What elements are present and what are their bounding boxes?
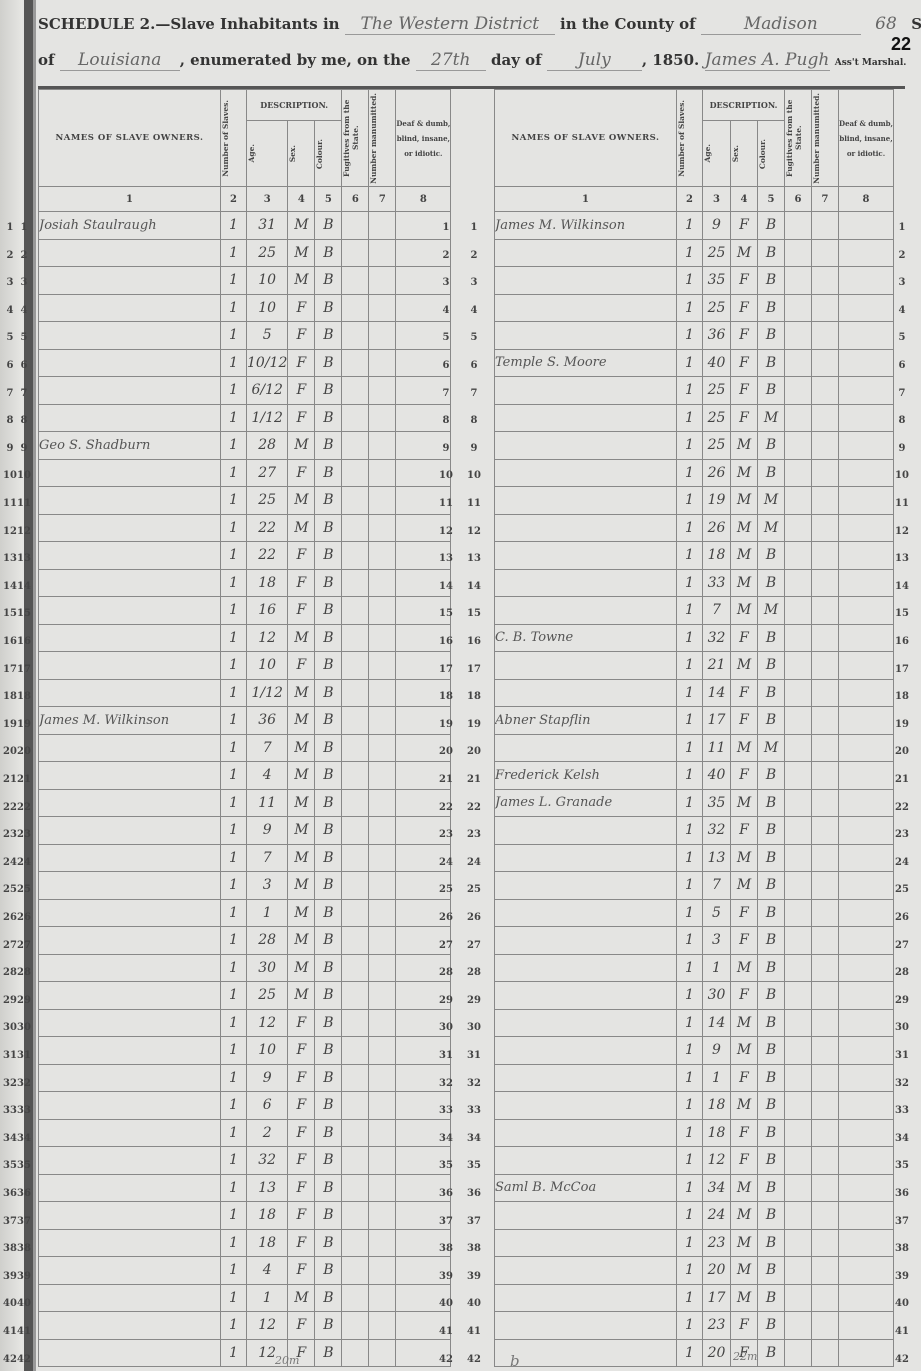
table-row: 118MB — [495, 1092, 894, 1120]
sex-cell: M — [288, 954, 315, 982]
colour-cell: B — [758, 872, 785, 900]
age-cell: 25 — [703, 239, 731, 267]
table-row: 125MB — [39, 487, 451, 515]
column-number: 1 — [495, 187, 677, 212]
table-row: 130MB — [39, 954, 451, 982]
table-row: 125MB — [39, 982, 451, 1010]
manumitted-cell — [369, 569, 396, 597]
sex-cell: M — [731, 239, 758, 267]
age-cell: 7 — [703, 872, 731, 900]
age-cell: 1/12 — [247, 679, 288, 707]
line-number: 13 — [436, 553, 456, 564]
colour-cell: B — [315, 487, 342, 515]
sex-cell: M — [288, 872, 315, 900]
line-number: 40 — [892, 1298, 912, 1309]
line-number: 17 — [436, 664, 456, 675]
table-row: 135FB — [495, 267, 894, 295]
table-row: 17MB — [495, 872, 894, 900]
sex-cell: M — [288, 624, 315, 652]
owner-name-cell — [39, 1229, 221, 1257]
number-cell: 1 — [677, 789, 703, 817]
sex-cell: M — [288, 487, 315, 515]
table-row: 11/12FB — [39, 404, 451, 432]
line-number: 17 — [14, 664, 34, 675]
line-number: 4 — [464, 305, 484, 316]
colour-cell: B — [758, 982, 785, 1010]
table-row: Temple S. Moore140FB — [495, 349, 894, 377]
manumitted-cell — [812, 1174, 839, 1202]
table-row: 118FB — [39, 1229, 451, 1257]
number-cell: 1 — [221, 1037, 247, 1065]
line-number: 2 — [436, 250, 456, 261]
manumitted-cell — [369, 1312, 396, 1340]
fugitives-cell — [342, 872, 369, 900]
owner-name-cell — [495, 844, 677, 872]
fugitives-cell — [785, 927, 812, 955]
owner-name-cell — [39, 1092, 221, 1120]
table-row: 113FB — [39, 1174, 451, 1202]
table-row: 12FB — [39, 1119, 451, 1147]
manumitted-cell — [369, 459, 396, 487]
table-row: 16FB — [39, 1092, 451, 1120]
colour-cell: B — [758, 377, 785, 405]
county-annotation: 68 — [866, 14, 906, 34]
line-number: 39 — [892, 1271, 912, 1282]
manumitted-cell — [812, 1257, 839, 1285]
sex-cell: F — [288, 1174, 315, 1202]
colour-cell: B — [758, 239, 785, 267]
colour-cell: B — [315, 1174, 342, 1202]
fugitives-cell — [342, 1202, 369, 1230]
sex-cell: F — [288, 1257, 315, 1285]
table-row: 16/12FB — [39, 377, 451, 405]
line-number: 37 — [436, 1216, 456, 1227]
table-row: 125FB — [495, 377, 894, 405]
deaf-cell — [839, 542, 894, 570]
colour-cell: B — [758, 542, 785, 570]
colour-cell: M — [758, 514, 785, 542]
fugitives-cell — [342, 1009, 369, 1037]
line-number: 41 — [436, 1326, 456, 1337]
sex-cell: F — [288, 404, 315, 432]
deaf-cell — [839, 982, 894, 1010]
colour-cell: B — [758, 1037, 785, 1065]
age-cell: 30 — [703, 982, 731, 1010]
left-footer-note: 20m — [275, 1354, 299, 1367]
sex-cell: M — [731, 1284, 758, 1312]
line-number: 12 — [892, 526, 912, 537]
line-number: 30 — [464, 1022, 484, 1033]
line-number: 2 — [464, 250, 484, 261]
line-number: 21 — [464, 774, 484, 785]
table-row: 112FB — [39, 1339, 451, 1367]
manumitted-cell — [812, 377, 839, 405]
table-row: James M. Wilkinson136MB — [39, 707, 451, 735]
number-cell: 1 — [677, 1257, 703, 1285]
line-number: 17 — [892, 664, 912, 675]
owner-name-cell — [39, 844, 221, 872]
marshal-label: Ass't Marshal. — [835, 58, 907, 68]
col-colour-header: Colour. — [315, 139, 324, 169]
table-row: 13MB — [39, 872, 451, 900]
owner-name-cell — [495, 569, 677, 597]
number-cell: 1 — [677, 487, 703, 515]
owner-name-cell — [39, 239, 221, 267]
fugitives-cell — [342, 1174, 369, 1202]
sex-cell: F — [288, 1229, 315, 1257]
owner-name-cell — [39, 514, 221, 542]
table-row: 17MB — [39, 844, 451, 872]
table-row: 119MM — [495, 487, 894, 515]
number-cell: 1 — [677, 1339, 703, 1367]
sex-cell: F — [288, 377, 315, 405]
header-line-1: SCHEDULE 2.—Slave Inhabitants in The Wes… — [38, 14, 921, 35]
sex-cell: F — [288, 1312, 315, 1340]
number-cell: 1 — [677, 239, 703, 267]
fugitives-cell — [342, 432, 369, 460]
line-number: 5 — [464, 332, 484, 343]
owner-name-cell: Geo S. Shadburn — [39, 432, 221, 460]
sex-cell: F — [288, 652, 315, 680]
fugitives-cell — [785, 597, 812, 625]
number-cell: 1 — [221, 404, 247, 432]
line-number: 21 — [14, 774, 34, 785]
line-number: 3 — [892, 277, 912, 288]
sex-cell: M — [288, 817, 315, 845]
line-number: 19 — [14, 719, 34, 730]
age-cell: 3 — [703, 927, 731, 955]
line-number: 10 — [892, 470, 912, 481]
age-cell: 12 — [247, 1312, 288, 1340]
manumitted-cell — [369, 817, 396, 845]
fugitives-cell — [785, 432, 812, 460]
fugitives-cell — [342, 597, 369, 625]
line-number: 40 — [464, 1298, 484, 1309]
table-row: Josiah Staulraugh131MB — [39, 212, 451, 240]
table-row: 116FB — [39, 597, 451, 625]
table-row: 125FM — [495, 404, 894, 432]
line-number: 38 — [14, 1243, 34, 1254]
fugitives-cell — [785, 652, 812, 680]
manumitted-cell — [812, 1339, 839, 1367]
sex-cell: M — [288, 789, 315, 817]
table-row: 128MB — [39, 927, 451, 955]
owner-name-cell — [39, 1147, 221, 1175]
number-cell: 1 — [221, 239, 247, 267]
line-number: 28 — [464, 967, 484, 978]
page-number: 22 — [891, 34, 911, 55]
table-row: 132FB — [495, 817, 894, 845]
fugitives-cell — [785, 569, 812, 597]
deaf-cell — [839, 432, 894, 460]
line-number: 5 — [892, 332, 912, 343]
line-number: 22 — [436, 802, 456, 813]
district-field: The Western District — [345, 14, 555, 35]
owner-name-cell — [495, 1119, 677, 1147]
sex-cell: F — [288, 1092, 315, 1120]
owner-name-cell — [39, 872, 221, 900]
table-row: 111MB — [39, 789, 451, 817]
line-number: 16 — [436, 636, 456, 647]
number-cell: 1 — [677, 597, 703, 625]
line-number: 7 — [892, 388, 912, 399]
manumitted-cell — [812, 487, 839, 515]
line-number: 5 — [436, 332, 456, 343]
number-cell: 1 — [221, 1312, 247, 1340]
fugitives-cell — [342, 1312, 369, 1340]
manumitted-cell — [369, 514, 396, 542]
colour-cell: B — [315, 459, 342, 487]
manumitted-cell — [369, 322, 396, 350]
colour-cell: B — [315, 542, 342, 570]
manumitted-cell — [812, 1119, 839, 1147]
fugitives-cell — [342, 624, 369, 652]
column-number: 8 — [396, 187, 451, 212]
line-number: 14 — [892, 581, 912, 592]
owner-name-cell — [39, 294, 221, 322]
table-row: 14FB — [39, 1257, 451, 1285]
fugitives-cell — [342, 734, 369, 762]
fugitives-cell — [785, 1229, 812, 1257]
sex-cell: F — [288, 542, 315, 570]
number-cell: 1 — [221, 1229, 247, 1257]
colour-cell: B — [315, 377, 342, 405]
number-cell: 1 — [221, 1284, 247, 1312]
table-row: 19FB — [39, 1064, 451, 1092]
colour-cell: B — [758, 1119, 785, 1147]
deaf-cell — [839, 1037, 894, 1065]
owner-name-cell — [39, 404, 221, 432]
owner-name-cell — [495, 899, 677, 927]
owner-name-cell — [495, 1037, 677, 1065]
colour-cell: B — [758, 349, 785, 377]
number-cell: 1 — [677, 1037, 703, 1065]
age-cell: 11 — [247, 789, 288, 817]
sex-cell: M — [288, 899, 315, 927]
fugitives-cell — [785, 707, 812, 735]
line-number: 12 — [436, 526, 456, 537]
line-number: 41 — [892, 1326, 912, 1337]
colour-cell: B — [758, 1064, 785, 1092]
line-number: 21 — [436, 774, 456, 785]
owner-name-cell — [39, 817, 221, 845]
number-cell: 1 — [677, 872, 703, 900]
line-number: 33 — [892, 1105, 912, 1116]
sex-cell: M — [288, 432, 315, 460]
number-cell: 1 — [677, 1064, 703, 1092]
owner-name-cell: C. B. Towne — [495, 624, 677, 652]
deaf-cell — [839, 872, 894, 900]
fugitives-cell — [342, 239, 369, 267]
number-cell: 1 — [677, 212, 703, 240]
line-number: 28 — [436, 967, 456, 978]
colour-cell: B — [315, 734, 342, 762]
line-number: 10 — [436, 470, 456, 481]
owner-name-cell — [495, 404, 677, 432]
colour-cell: B — [315, 1009, 342, 1037]
owner-name-cell — [39, 569, 221, 597]
manumitted-cell — [812, 267, 839, 295]
owner-name-cell — [495, 432, 677, 460]
colour-cell: B — [758, 762, 785, 790]
sex-cell: F — [288, 1064, 315, 1092]
deaf-cell — [839, 1312, 894, 1340]
col-deaf-header: Deaf & dumb, blind, insane, or idiotic. — [396, 90, 451, 187]
line-number: 11 — [464, 498, 484, 509]
number-cell: 1 — [221, 1202, 247, 1230]
line-number: 23 — [436, 829, 456, 840]
sex-cell: F — [288, 349, 315, 377]
colour-cell: B — [315, 1312, 342, 1340]
footer-mark: b — [510, 1352, 520, 1370]
number-cell: 1 — [677, 927, 703, 955]
line-number: 27 — [892, 940, 912, 951]
age-cell: 13 — [703, 844, 731, 872]
colour-cell: B — [315, 1339, 342, 1367]
colour-cell: B — [758, 322, 785, 350]
owner-name-cell — [39, 1284, 221, 1312]
age-cell: 3 — [247, 872, 288, 900]
age-cell: 25 — [703, 294, 731, 322]
deaf-cell — [839, 1009, 894, 1037]
sex-cell: M — [731, 597, 758, 625]
fugitives-cell — [785, 1064, 812, 1092]
owner-name-cell — [39, 377, 221, 405]
fugitives-cell — [785, 542, 812, 570]
fugitives-cell — [785, 1037, 812, 1065]
line-number: 16 — [464, 636, 484, 647]
deaf-cell — [839, 1174, 894, 1202]
line-number: 33 — [436, 1105, 456, 1116]
col-age-header: Age. — [247, 144, 256, 162]
sex-cell: M — [731, 569, 758, 597]
line-number: 39 — [436, 1271, 456, 1282]
number-cell: 1 — [677, 954, 703, 982]
number-cell: 1 — [221, 624, 247, 652]
age-cell: 25 — [703, 404, 731, 432]
line-number: 30 — [14, 1022, 34, 1033]
line-number: 36 — [464, 1188, 484, 1199]
fugitives-cell — [342, 514, 369, 542]
right-schedule-table: NAMES OF SLAVE OWNERS.Number of Slaves.D… — [494, 89, 894, 1367]
col-manumitted-header: Number manumitted. — [812, 93, 821, 184]
sex-cell: M — [731, 1202, 758, 1230]
table-row: 125MB — [495, 239, 894, 267]
sex-cell: F — [731, 1119, 758, 1147]
age-cell: 18 — [247, 569, 288, 597]
manumitted-cell — [812, 679, 839, 707]
sex-cell: F — [731, 624, 758, 652]
line-number: 24 — [14, 857, 34, 868]
owner-name-cell — [39, 1202, 221, 1230]
sex-cell: M — [288, 707, 315, 735]
age-cell: 10/12 — [247, 349, 288, 377]
sex-cell: M — [288, 239, 315, 267]
fugitives-cell — [785, 982, 812, 1010]
sex-cell: F — [731, 349, 758, 377]
table-row: 112FB — [39, 1312, 451, 1340]
age-cell: 2 — [247, 1119, 288, 1147]
line-number: 35 — [892, 1160, 912, 1171]
age-cell: 18 — [247, 1229, 288, 1257]
deaf-cell — [839, 1257, 894, 1285]
line-number: 22 — [464, 802, 484, 813]
colour-cell: B — [315, 789, 342, 817]
line-number: 7 — [464, 388, 484, 399]
sex-cell: M — [288, 927, 315, 955]
age-cell: 36 — [703, 322, 731, 350]
owner-name-cell: Josiah Staulraugh — [39, 212, 221, 240]
schedule-title: —Slave Inhabitants in — [155, 15, 339, 33]
manumitted-cell — [812, 1092, 839, 1120]
manumitted-cell — [812, 927, 839, 955]
sex-cell: F — [731, 927, 758, 955]
line-number: 36 — [892, 1188, 912, 1199]
line-number: 13 — [892, 553, 912, 564]
owner-name-cell — [495, 652, 677, 680]
number-cell: 1 — [677, 982, 703, 1010]
owner-name-cell — [495, 597, 677, 625]
manumitted-cell — [812, 707, 839, 735]
age-cell: 18 — [703, 542, 731, 570]
sex-cell: F — [731, 707, 758, 735]
fugitives-cell — [342, 844, 369, 872]
manumitted-cell — [812, 542, 839, 570]
age-cell: 9 — [247, 817, 288, 845]
line-number: 35 — [464, 1160, 484, 1171]
sex-cell: M — [731, 1009, 758, 1037]
age-cell: 25 — [247, 487, 288, 515]
col-colour-header: Colour. — [758, 139, 767, 169]
fugitives-cell — [342, 1339, 369, 1367]
manumitted-cell — [812, 294, 839, 322]
colour-cell: B — [315, 349, 342, 377]
col-manumitted-header: Number manumitted. — [369, 93, 378, 184]
manumitted-cell — [369, 954, 396, 982]
number-cell: 1 — [221, 817, 247, 845]
manumitted-cell — [812, 817, 839, 845]
number-cell: 1 — [677, 1312, 703, 1340]
deaf-cell — [839, 707, 894, 735]
line-number: 15 — [892, 608, 912, 619]
fugitives-cell — [785, 239, 812, 267]
number-cell: 1 — [221, 1174, 247, 1202]
number-cell: 1 — [677, 459, 703, 487]
age-cell: 23 — [703, 1312, 731, 1340]
number-cell: 1 — [221, 597, 247, 625]
table-row: 123FB — [495, 1312, 894, 1340]
line-number: 27 — [464, 940, 484, 951]
fugitives-cell — [785, 459, 812, 487]
colour-cell: B — [315, 267, 342, 295]
sex-cell: M — [288, 212, 315, 240]
number-cell: 1 — [221, 349, 247, 377]
colour-cell: M — [758, 404, 785, 432]
age-cell: 13 — [247, 1174, 288, 1202]
line-number: 23 — [14, 829, 34, 840]
line-number: 29 — [436, 995, 456, 1006]
number-cell: 1 — [221, 377, 247, 405]
deaf-cell — [839, 349, 894, 377]
line-number: 42 — [14, 1354, 34, 1365]
left-schedule-table: NAMES OF SLAVE OWNERS.Number of Slaves.D… — [38, 89, 451, 1367]
fugitives-cell — [785, 322, 812, 350]
manumitted-cell — [812, 982, 839, 1010]
age-cell: 35 — [703, 789, 731, 817]
sex-cell: M — [731, 1229, 758, 1257]
manumitted-cell — [369, 239, 396, 267]
fugitives-cell — [342, 542, 369, 570]
